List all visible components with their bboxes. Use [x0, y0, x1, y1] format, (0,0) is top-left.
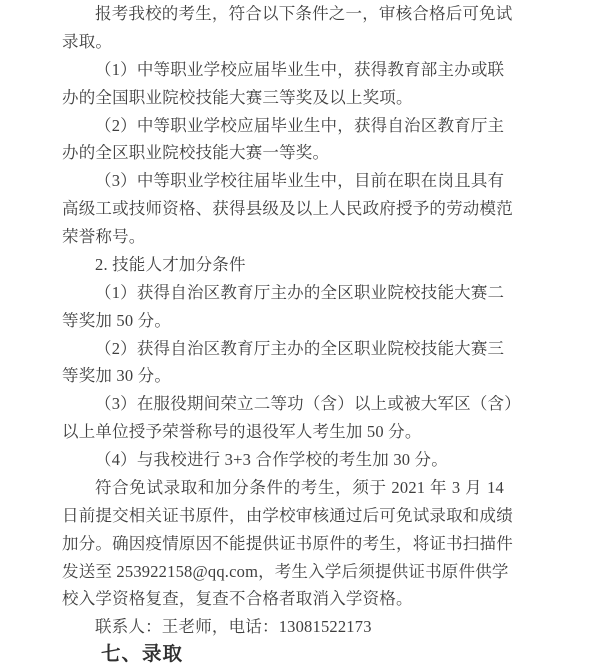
contact-line: 联系人：王老师，电话：13081522173	[62, 613, 504, 641]
document-page: 报考我校的考生，符合以下条件之一，审核合格后可免试 录取。 （1）中等职业学校应…	[62, 0, 504, 669]
section-heading-admission: 七、录取	[62, 641, 504, 669]
text-line: 荣誉称号。	[62, 223, 504, 251]
text-line: 发送至 253922158@qq.com，考生入学后须提供证书原件供学	[62, 558, 504, 586]
text-line: 2. 技能人才加分条件	[62, 251, 504, 279]
text-line: （3）中等职业学校往届毕业生中，目前在职在岗且具有	[62, 167, 504, 195]
text-line: （2）中等职业学校应届毕业生中，获得自治区教育厅主	[62, 112, 504, 140]
paragraph-intro: 报考我校的考生，符合以下条件之一，审核合格后可免试 录取。	[62, 0, 504, 56]
text-line: 办的全区职业院校技能大赛一等奖。	[62, 139, 504, 167]
text-line: 报考我校的考生，符合以下条件之一，审核合格后可免试	[62, 0, 504, 28]
list-item-bonus-4: （4）与我校进行 3+3 合作学校的考生加 30 分。	[62, 446, 504, 474]
text-line: 日前提交相关证书原件，由学校审核通过后可免试录取和成绩	[62, 502, 504, 530]
list-item-exemption-1: （1）中等职业学校应届毕业生中，获得教育部主办或联 办的全国职业院校技能大赛三等…	[62, 56, 504, 112]
text-line: 录取。	[62, 28, 504, 56]
text-line: 等奖加 30 分。	[62, 362, 504, 390]
text-line: （2）获得自治区教育厅主办的全区职业院校技能大赛三	[62, 335, 504, 363]
text-line: （1）获得自治区教育厅主办的全区职业院校技能大赛二	[62, 279, 504, 307]
text-line: 高级工或技师资格、获得县级及以上人民政府授予的劳动模范	[62, 195, 504, 223]
list-item-bonus-1: （1）获得自治区教育厅主办的全区职业院校技能大赛二 等奖加 50 分。	[62, 279, 504, 335]
list-item-bonus-3: （3）在服役期间荣立二等功（含）以上或被大军区（含） 以上单位授予荣誉称号的退役…	[62, 390, 504, 446]
text-line: 校入学资格复查，复查不合格者取消入学资格。	[62, 585, 504, 613]
text-line: 办的全国职业院校技能大赛三等奖及以上奖项。	[62, 84, 504, 112]
list-item-exemption-2: （2）中等职业学校应届毕业生中，获得自治区教育厅主 办的全区职业院校技能大赛一等…	[62, 112, 504, 168]
text-line: 加分。确因疫情原因不能提供证书原件的考生，将证书扫描件	[62, 530, 504, 558]
text-line: 等奖加 50 分。	[62, 307, 504, 335]
paragraph-certificate-submission: 符合免试录取和加分条件的考生，须于 2021 年 3 月 14 日前提交相关证书…	[62, 474, 504, 613]
text-line: 以上单位授予荣誉称号的退役军人考生加 50 分。	[62, 418, 504, 446]
text-line: 联系人：王老师，电话：13081522173	[62, 613, 504, 641]
subheading-bonus-points: 2. 技能人才加分条件	[62, 251, 504, 279]
text-line: 符合免试录取和加分条件的考生，须于 2021 年 3 月 14	[62, 474, 504, 502]
list-item-exemption-3: （3）中等职业学校往届毕业生中，目前在职在岗且具有 高级工或技师资格、获得县级及…	[62, 167, 504, 251]
section-heading-text: 七、录取	[62, 641, 504, 669]
text-line: （1）中等职业学校应届毕业生中，获得教育部主办或联	[62, 56, 504, 84]
list-item-bonus-2: （2）获得自治区教育厅主办的全区职业院校技能大赛三 等奖加 30 分。	[62, 335, 504, 391]
text-line: （4）与我校进行 3+3 合作学校的考生加 30 分。	[62, 446, 504, 474]
text-line: （3）在服役期间荣立二等功（含）以上或被大军区（含）	[62, 390, 504, 418]
